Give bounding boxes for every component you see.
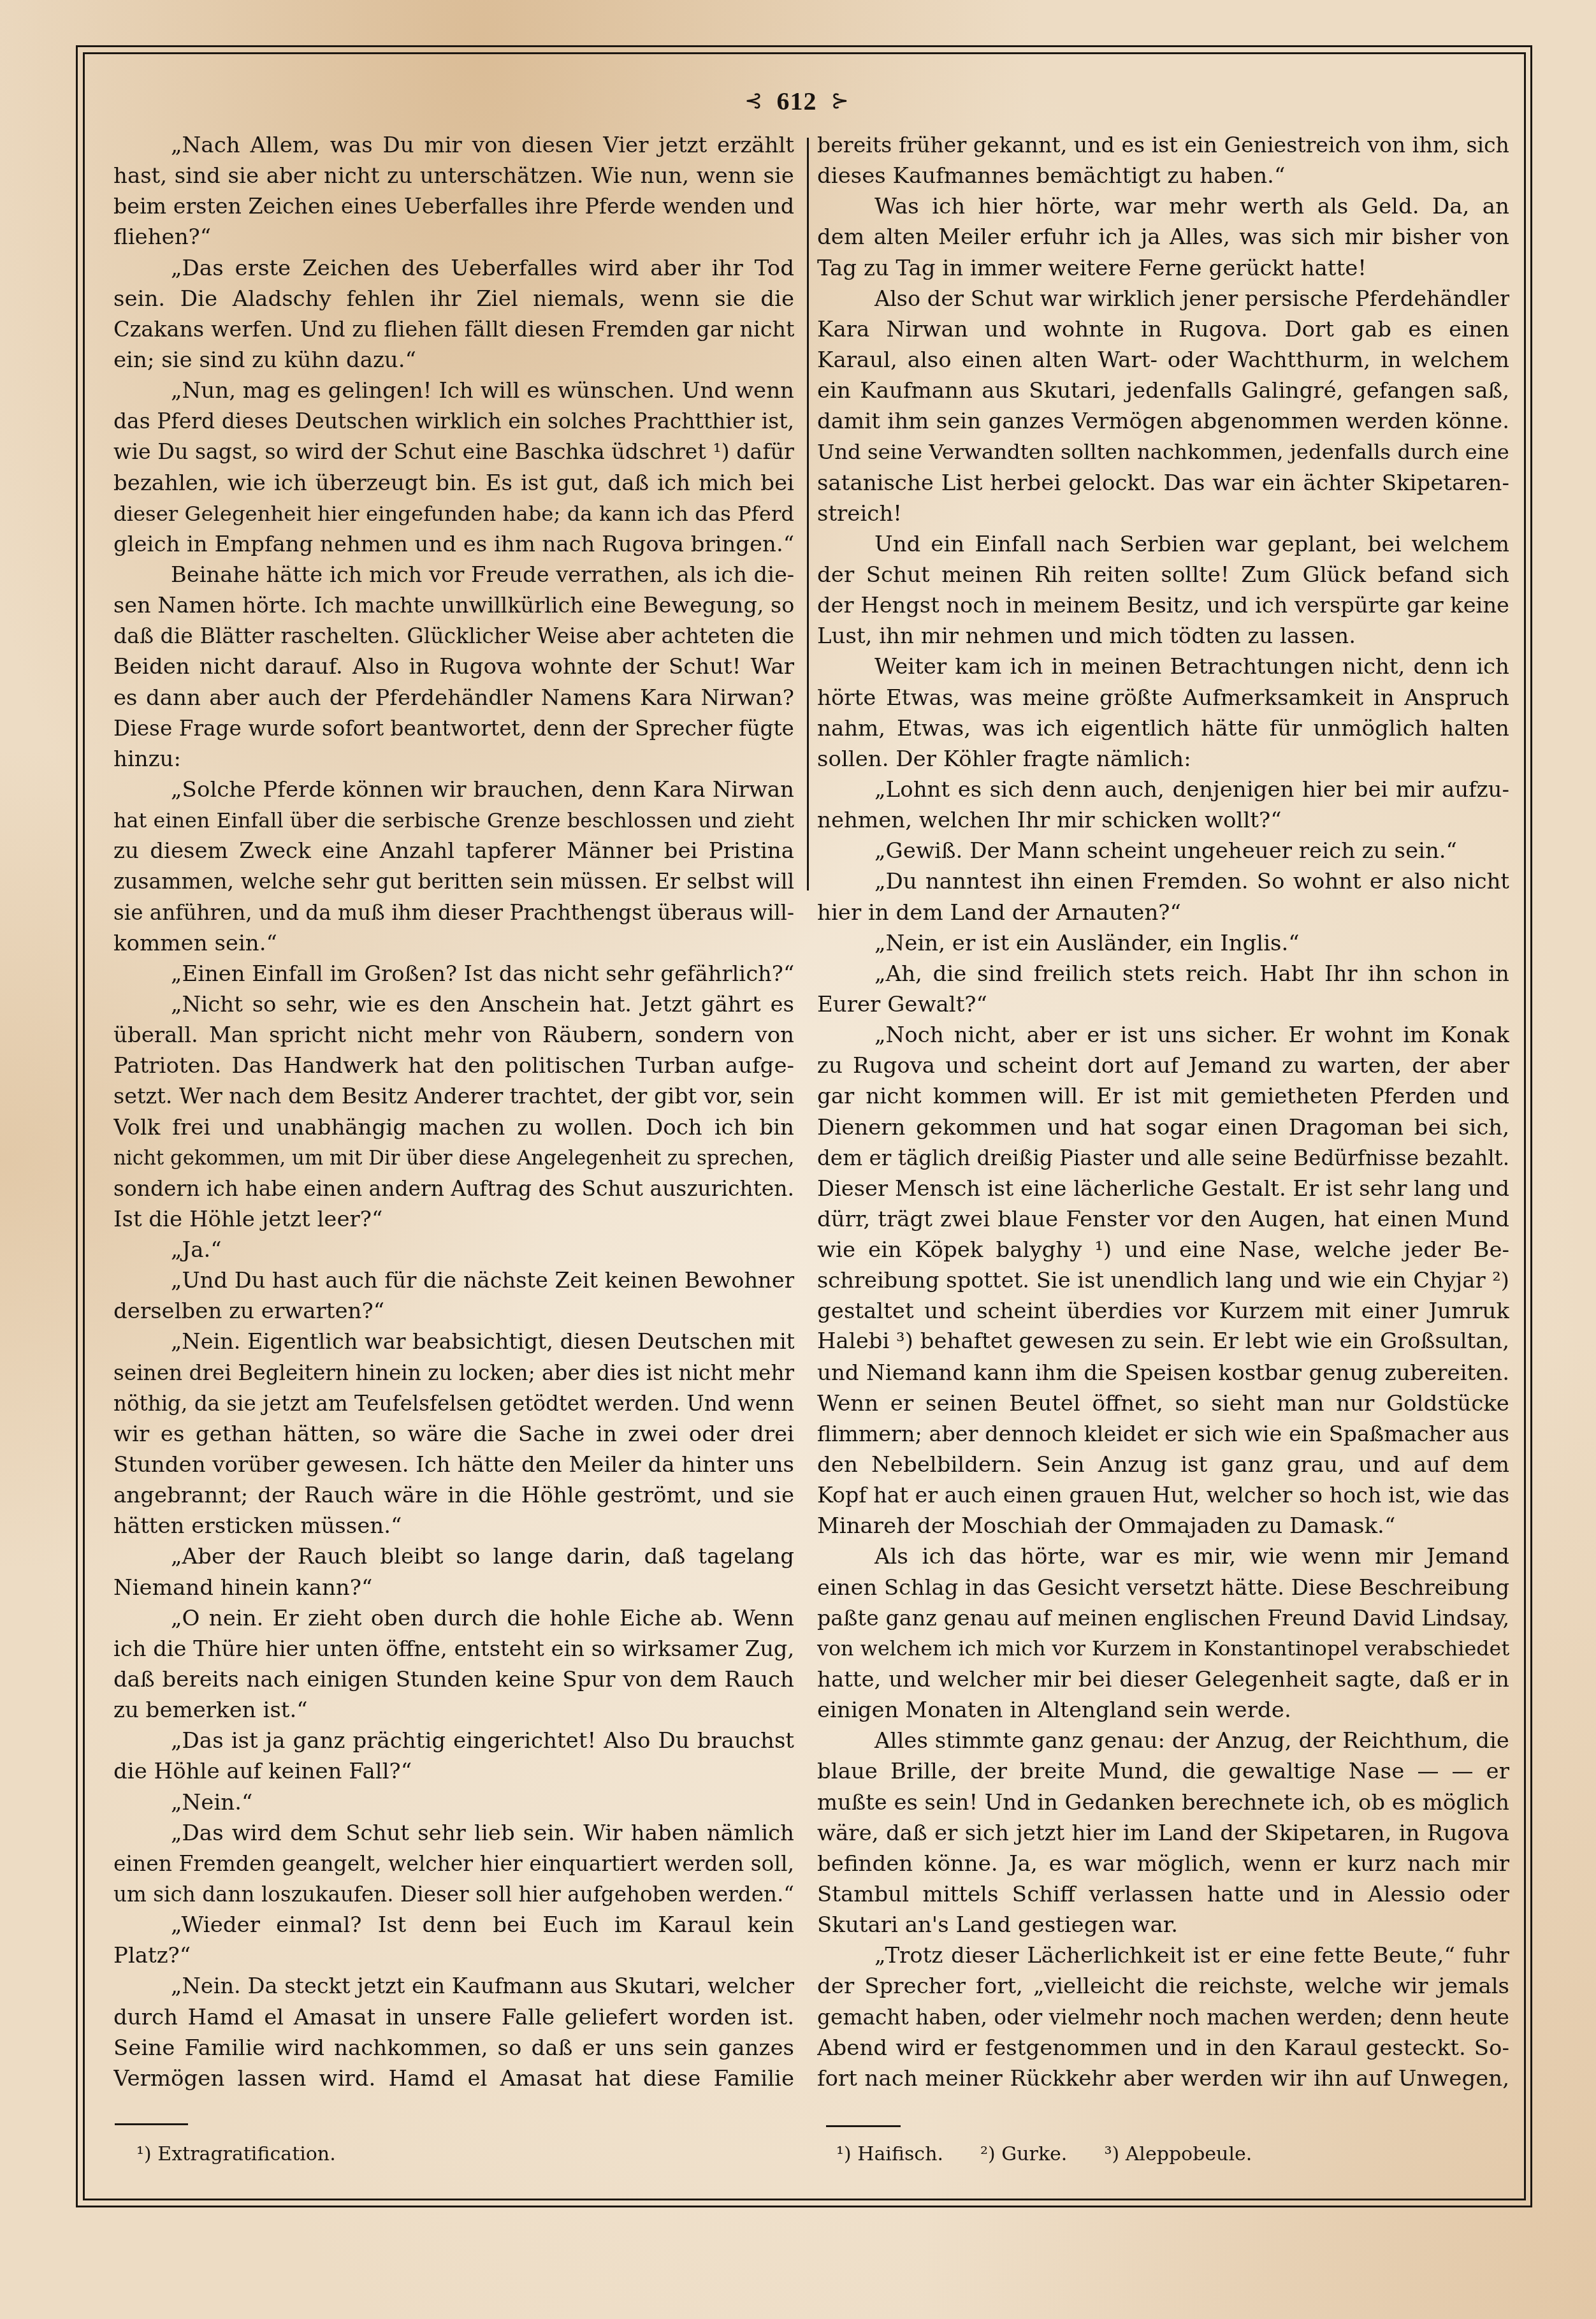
text-line: flimmern; aber dennoch kleidet er sich w…: [817, 1419, 1509, 1450]
text-line: „Einen Einfall im Großen? Ist das nicht …: [113, 959, 794, 989]
text-line: Wenn er seinen Beutel öffnet, so sieht m…: [817, 1388, 1509, 1419]
text-line: ich die Thüre hier unten öffne, entsteht…: [113, 1634, 794, 1664]
text-line: wäre, daß er sich jetzt hier im Land der…: [817, 1818, 1509, 1849]
text-line: kommen sein.“: [113, 928, 794, 959]
text-line: bereits früher gekannt, und es ist ein G…: [817, 130, 1509, 161]
text-line: satanische List herbei gelockt. Das war …: [817, 468, 1509, 498]
text-line: schreibung spottet. Sie ist unendlich la…: [817, 1265, 1509, 1296]
text-line: „Ah, die sind freilich stets reich. Habt…: [817, 959, 1509, 989]
text-line: dem er täglich dreißig Piaster und alle …: [817, 1143, 1509, 1174]
text-line: „O nein. Er zieht oben durch die hohle E…: [113, 1603, 794, 1634]
ornament-right-icon: ⊱: [831, 90, 850, 112]
text-line: Stambul mittels Schiff verlassen hatte u…: [817, 1879, 1509, 1910]
text-line: die Höhle auf keinen Fall?“: [113, 1756, 794, 1787]
text-line: Karaul, also einen alten Wart- oder Wach…: [817, 345, 1509, 375]
text-line: „Nein.“: [113, 1787, 794, 1818]
text-line: um sich dann loszukaufen. Dieser soll hi…: [113, 1879, 794, 1910]
text-line: sie anführen, und da muß ihm dieser Prac…: [113, 898, 794, 928]
text-line: hat einen Einfall über die serbische Gre…: [113, 805, 794, 836]
text-line: daß bereits nach einigen Stunden keine S…: [113, 1664, 794, 1695]
text-line: „Nein, er ist ein Ausländer, ein Inglis.…: [817, 928, 1509, 959]
text-line: der Hengst noch in meinem Besitz, und ic…: [817, 590, 1509, 621]
footnote-text: Gurke.: [1001, 2143, 1067, 2165]
text-line: der Sprecher fort, „vielleicht die reich…: [817, 1971, 1509, 2002]
page-header: ⊰ 612 ⊱: [720, 82, 873, 120]
text-line: sollen. Der Köhler fragte nämlich:: [817, 744, 1509, 774]
text-line: wie ein Köpek balyghy ¹) und eine Nase, …: [817, 1235, 1509, 1265]
text-line: „Du nanntest ihn einen Fremden. So wohnt…: [817, 866, 1509, 897]
footnote-text: Haifisch.: [857, 2143, 943, 2165]
footnote-rule-left: [115, 2123, 188, 2125]
text-line: dürr, trägt zwei blaue Fenster vor den A…: [817, 1204, 1509, 1235]
text-line: „Und Du hast auch für die nächste Zeit k…: [113, 1265, 794, 1296]
text-line: gemacht haben, oder vielmehr noch machen…: [817, 2002, 1509, 2033]
footnote-marker: ¹): [136, 2143, 157, 2165]
text-line: das Pferd dieses Deutschen wirklich ein …: [113, 406, 794, 437]
footnote-marker: ²): [980, 2143, 1001, 2165]
text-line: „Lohnt es sich denn auch, denjenigen hie…: [817, 774, 1509, 805]
text-line: „Das wird dem Schut sehr lieb sein. Wir …: [113, 1818, 794, 1849]
text-line: „Gewiß. Der Mann scheint ungeheuer reich…: [817, 836, 1509, 866]
text-line: zu Rugova und scheint dort auf Jemand zu…: [817, 1050, 1509, 1081]
text-line: gleich in Empfang nehmen und es ihm nach…: [113, 529, 794, 560]
text-line: streich!: [817, 498, 1509, 529]
text-line: „Wieder einmal? Ist denn bei Euch im Kar…: [113, 1910, 794, 1940]
text-line: Stunden vorüber gewesen. Ich hätte den M…: [113, 1450, 794, 1480]
text-line: dieser Gelegenheit hier eingefunden habe…: [113, 498, 794, 529]
text-line: „Trotz dieser Lächerlichkeit ist er eine…: [817, 1940, 1509, 1971]
text-line: von welchem ich mich vor Kurzem in Konst…: [817, 1634, 1509, 1664]
text-line: hätten ersticken müssen.“: [113, 1511, 794, 1541]
footnote: ³) Aleppobeule.: [1104, 2143, 1252, 2165]
text-line: zu bemerken ist.“: [113, 1695, 794, 1726]
text-line: Lust, ihn mir nehmen und mich tödten zu …: [817, 621, 1509, 651]
text-line: Vermögen lassen wird. Hamd el Amasat hat…: [113, 2063, 794, 2094]
text-line: daß die Blätter raschelten. Glücklicher …: [113, 621, 794, 651]
text-line: Was ich hier hörte, war mehr werth als G…: [817, 191, 1509, 222]
text-line: Dieser Mensch ist eine lächerliche Gesta…: [817, 1174, 1509, 1204]
text-line: Und seine Verwandten sollten nachkommen,…: [817, 437, 1509, 467]
text-line: fort nach meiner Rückkehr aber werden wi…: [817, 2063, 1509, 2094]
text-line: Halebi ³) behaftet gewesen zu sein. Er l…: [817, 1327, 1509, 1357]
text-line: „Ja.“: [113, 1235, 794, 1265]
text-line: einigen Monaten in Altengland sein werde…: [817, 1695, 1509, 1726]
text-line: „Solche Pferde können wir brauchen, denn…: [113, 774, 794, 805]
text-line: „Aber der Rauch bleibt so lange darin, d…: [113, 1541, 794, 1572]
text-line: sein. Die Aladschy fehlen ihr Ziel niema…: [113, 284, 794, 314]
text-line: dieses Kaufmannes bemächtigt zu haben.“: [817, 161, 1509, 191]
text-line: Niemand hinein kann?“: [113, 1573, 794, 1603]
text-line: Tag zu Tag in immer weitere Ferne gerück…: [817, 253, 1509, 284]
text-line: sondern ich habe einen andern Auftrag de…: [113, 1174, 794, 1204]
footnote-marker: ³): [1104, 2143, 1125, 2165]
text-line: hier in dem Land der Arnauten?“: [817, 898, 1509, 928]
column-divider: [807, 138, 809, 891]
text-line: Ist die Höhle jetzt leer?“: [113, 1204, 794, 1235]
text-line: Beiden nicht darauf. Also in Rugova wohn…: [113, 651, 794, 682]
text-line: Patrioten. Das Handwerk hat den politisc…: [113, 1050, 794, 1081]
text-line: ein Kaufmann aus Skutari, jedenfalls Gal…: [817, 375, 1509, 406]
text-line: Skutari an's Land gestiegen war.: [817, 1910, 1509, 1940]
text-line: und Niemand kann ihm die Speisen kostbar…: [817, 1358, 1509, 1388]
text-line: „Nach Allem, was Du mir von diesen Vier …: [113, 130, 794, 161]
text-line: Abend wird er festgenommen und in den Ka…: [817, 2033, 1509, 2063]
text-line: Alles stimmte ganz genau: der Anzug, der…: [817, 1726, 1509, 1756]
text-line: „Das erste Zeichen des Ueberfalles wird …: [113, 253, 794, 284]
text-line: hast, sind sie aber nicht zu unterschätz…: [113, 161, 794, 191]
footnote-text: Extragratification.: [157, 2143, 335, 2165]
text-line: einen Schlag in das Gesicht versetzt hät…: [817, 1573, 1509, 1603]
text-line: nicht gekommen, um mit Dir über diese An…: [113, 1143, 794, 1174]
text-line: Diese Frage wurde sofort beantwortet, de…: [113, 713, 794, 744]
text-line: zu diesem Zweck eine Anzahl tapferer Män…: [113, 836, 794, 866]
text-line: ein; sie sind zu kühn dazu.“: [113, 345, 794, 375]
text-line: Dienern gekommen und hat sogar einen Dra…: [817, 1112, 1509, 1143]
footnote-marker: ¹): [836, 2143, 857, 2165]
left-column: „Nach Allem, was Du mir von diesen Vier …: [113, 130, 794, 2094]
text-line: es dann aber auch der Pferdehändler Name…: [113, 683, 794, 713]
text-line: blaue Brille, der breite Mund, die gewal…: [817, 1756, 1509, 1787]
text-line: hörte Etwas, was meine größte Aufmerksam…: [817, 683, 1509, 713]
text-line: Volk frei und unabhängig machen zu wolle…: [113, 1112, 794, 1143]
footnote-text: Aleppobeule.: [1126, 2143, 1252, 2165]
text-line: Als ich das hörte, war es mir, wie wenn …: [817, 1541, 1509, 1572]
footnote: ¹) Extragratification.: [136, 2143, 336, 2165]
text-line: „Nein. Eigentlich war beabsichtigt, dies…: [113, 1327, 794, 1357]
text-line: befinden könne. Ja, es war möglich, wenn…: [817, 1849, 1509, 1879]
text-line: „Nein. Da steckt jetzt ein Kaufmann aus …: [113, 1971, 794, 2002]
text-line: setzt. Wer nach dem Besitz Anderer trach…: [113, 1081, 794, 1112]
text-line: nahm, Etwas, was ich eigentlich hätte fü…: [817, 713, 1509, 744]
text-line: durch Hamd el Amasat in unsere Falle gel…: [113, 2002, 794, 2033]
footnotes-right: ¹) Haifisch.²) Gurke.³) Aleppobeule.: [817, 2143, 1252, 2165]
text-line: hinzu:: [113, 744, 794, 774]
text-line: beim ersten Zeichen eines Ueberfalles ih…: [113, 191, 794, 222]
text-line: Weiter kam ich in meinen Betrachtungen n…: [817, 651, 1509, 682]
text-line: sen Namen hörte. Ich machte unwillkürlic…: [113, 590, 794, 621]
text-line: nehmen, welchen Ihr mir schicken wollt?“: [817, 805, 1509, 836]
text-line: fliehen?“: [113, 222, 794, 252]
text-line: mußte es sein! Und in Gedanken berechnet…: [817, 1787, 1509, 1818]
text-line: Kara Nirwan und wohnte in Rugova. Dort g…: [817, 314, 1509, 345]
text-line: gestaltet und scheint überdies vor Kurze…: [817, 1296, 1509, 1327]
text-line: zusammen, welche sehr gut beritten sein …: [113, 866, 794, 897]
text-line: Kopf hat er auch einen grauen Hut, welch…: [817, 1480, 1509, 1511]
text-line: überall. Man spricht nicht mehr von Räub…: [113, 1020, 794, 1050]
text-line: nöthig, da sie jetzt am Teufelsfelsen ge…: [113, 1388, 794, 1419]
ornament-left-icon: ⊰: [744, 90, 763, 112]
text-line: „Nicht so sehr, wie es den Anschein hat.…: [113, 989, 794, 1020]
text-line: damit ihm sein ganzes Vermögen abgenomme…: [817, 406, 1509, 437]
text-line: „Noch nicht, aber er ist uns sicher. Er …: [817, 1020, 1509, 1050]
text-line: gar nicht kommen will. Er ist mit gemiet…: [817, 1081, 1509, 1112]
text-line: „Nun, mag es gelingen! Ich will es wünsc…: [113, 375, 794, 406]
text-line: Seine Familie wird nachkommen, so daß er…: [113, 2033, 794, 2063]
footnotes-left: ¹) Extragratification.: [136, 2143, 336, 2165]
text-line: Minareh der Moschiah der Ommajaden zu Da…: [817, 1511, 1509, 1541]
text-line: Also der Schut war wirklich jener persis…: [817, 284, 1509, 314]
page-number: 612: [777, 86, 817, 116]
text-line: Platz?“: [113, 1940, 794, 1971]
text-line: Czakans werfen. Und zu fliehen fällt die…: [113, 314, 794, 345]
footnote: ²) Gurke.: [980, 2143, 1067, 2165]
text-line: wir es gethan hätten, so wäre die Sache …: [113, 1419, 794, 1450]
footnote: ¹) Haifisch.: [836, 2143, 943, 2165]
text-line: dem alten Meiler erfuhr ich ja Alles, wa…: [817, 222, 1509, 252]
text-line: derselben zu erwarten?“: [113, 1296, 794, 1327]
text-line: hatte, und welcher mir bei dieser Gelege…: [817, 1664, 1509, 1695]
text-line: Eurer Gewalt?“: [817, 989, 1509, 1020]
text-line: der Schut meinen Rih reiten sollte! Zum …: [817, 560, 1509, 590]
text-line: Und ein Einfall nach Serbien war geplant…: [817, 529, 1509, 560]
right-column: bereits früher gekannt, und es ist ein G…: [817, 130, 1509, 2094]
text-line: Beinahe hätte ich mich vor Freude verrat…: [113, 560, 794, 590]
text-line: seinen drei Begleitern hinein zu locken;…: [113, 1358, 794, 1388]
text-line: einen Fremden geangelt, welcher hier ein…: [113, 1849, 794, 1879]
text-line: „Das ist ja ganz prächtig eingerichtet! …: [113, 1726, 794, 1756]
text-line: wie Du sagst, so wird der Schut eine Bas…: [113, 437, 794, 467]
text-line: angebrannt; der Rauch wäre in die Höhle …: [113, 1480, 794, 1511]
footnote-rule-right: [826, 2125, 901, 2127]
text-line: bezahlen, wie ich überzeugt bin. Es ist …: [113, 468, 794, 498]
text-line: den Nebelbildern. Sein Anzug ist ganz gr…: [817, 1450, 1509, 1480]
text-line: paßte ganz genau auf meinen englischen F…: [817, 1603, 1509, 1634]
